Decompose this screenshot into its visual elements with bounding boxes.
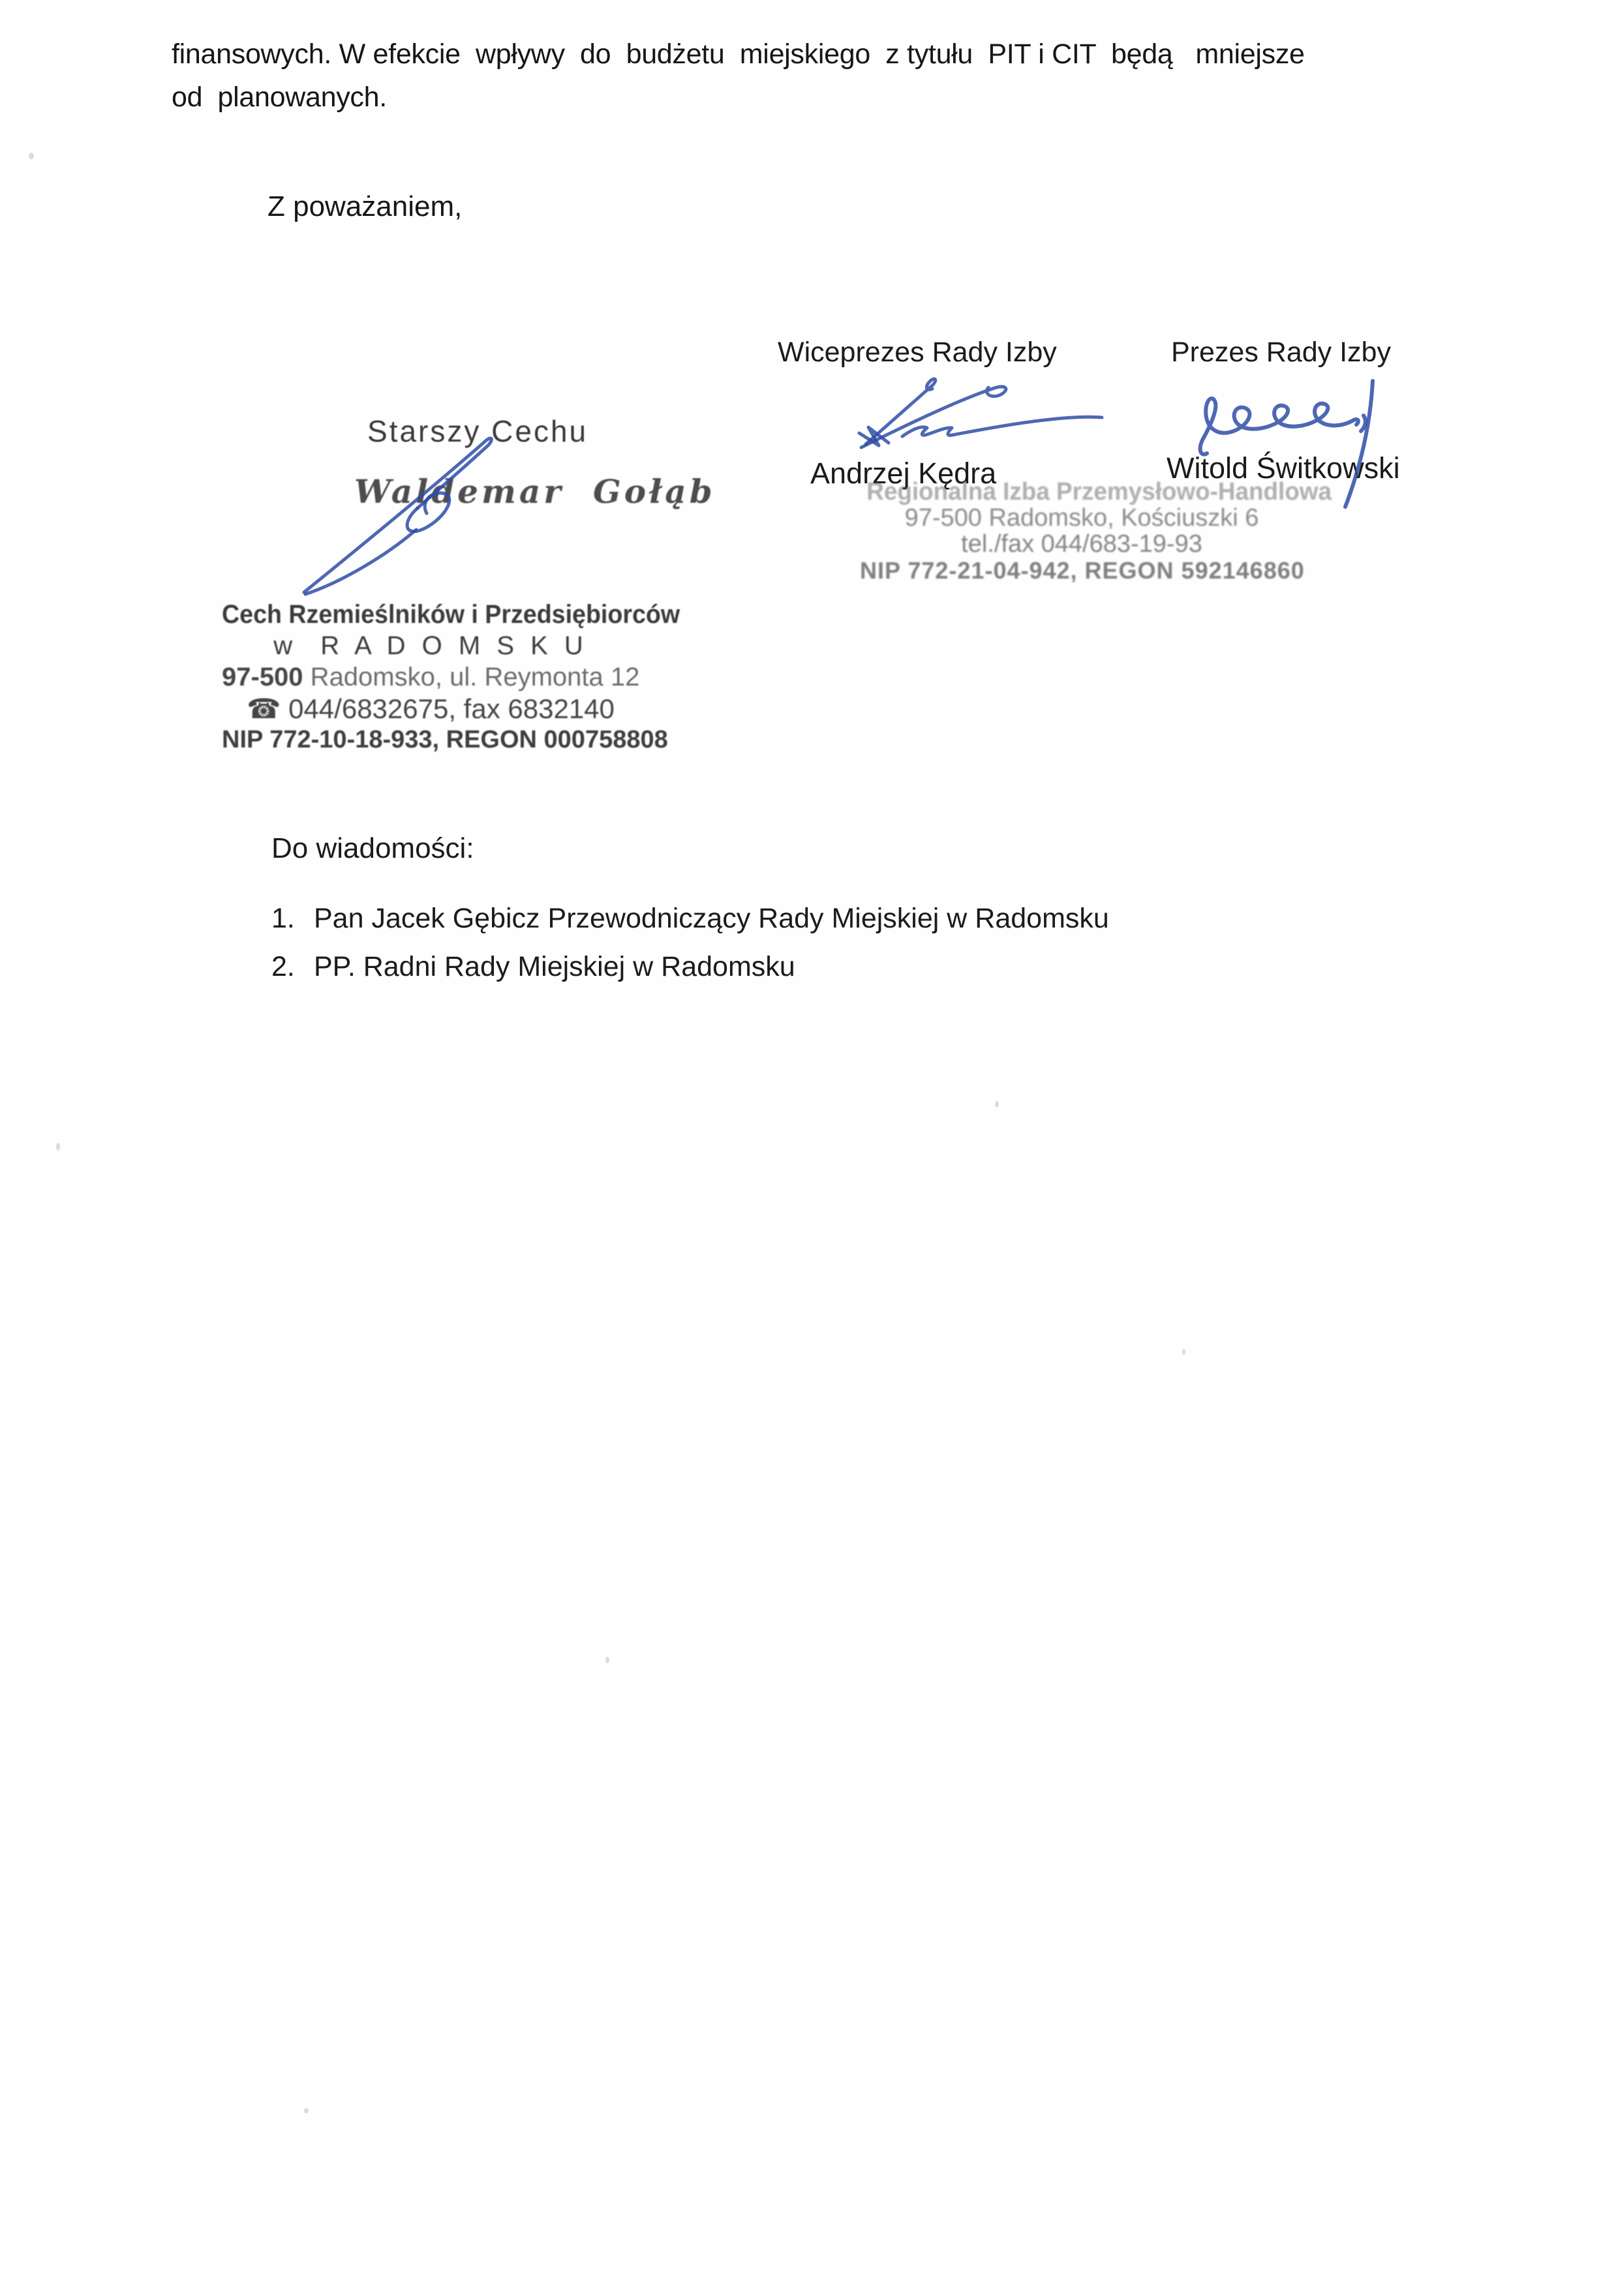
name-waldemar-golab: Waldemar Gołąb [354,472,716,511]
stamp-regionalna-izba: Regionalna Izba Przemysłowo-Handlowa 97-… [860,479,1304,584]
distribution-heading: Do wiadomości: [271,832,474,865]
stamp-cech-city: w R A D O M S K U [222,630,639,661]
body-paragraph: finansowych. W efekcie wpływy do budżetu… [172,33,1431,119]
scan-speck [29,153,34,159]
scan-speck [56,1143,60,1151]
stamp-cech-org-name: Cech Rzemieślników i Przedsiębiorców [222,599,615,630]
stamp-izba-nip-regon: NIP 772-21-04-942, REGON 592146860 [860,557,1304,584]
scan-speck [1182,1349,1185,1355]
scan-speck [995,1101,999,1108]
stamp-cech-phone-line: ☎ 044/6832675, fax 6832140 [222,693,639,725]
paragraph-line-2: od planowanych. [172,76,1431,119]
paragraph-line-1: finansowych. W efekcie wpływy do budżetu… [172,33,1431,76]
distribution-item-1-number: 1. [271,903,295,935]
distribution-item-2-text: PP. Radni Rady Miejskiej w Radomsku [314,951,795,983]
distribution-item-2-number: 2. [271,951,295,983]
stamp-izba-phone-line: tel./fax 044/683-19-93 [860,531,1304,557]
stamp-cech-nip-regon: NIP 772-10-18-933, REGON 000758808 [222,725,639,755]
distribution-item-1-text: Pan Jacek Gębicz Przewodniczący Rady Mie… [314,903,1109,935]
title-starszy-cechu: Starszy Cechu [367,414,588,449]
title-wiceprezes: Wiceprezes Rady Izby [778,337,1057,369]
stamp-izba-address: 97-500 Radomsko, Kościuszki 6 [860,505,1304,531]
stamp-cech-postcode: 97-500 [222,663,303,691]
scan-speck [304,2108,309,2113]
scan-speck [605,1657,609,1663]
stamp-cech-street: Radomsko, ul. Reymonta 12 [303,663,640,691]
signature-kedra-ink [859,379,1102,447]
stamp-izba-org-name: Regionalna Izba Przemysłowo-Handlowa [866,479,1297,505]
signature-golab-ink [304,438,491,594]
closing-salutation: Z poważaniem, [267,190,462,223]
scanned-letter-page: finansowych. W efekcie wpływy do budżetu… [0,0,1618,2296]
stamp-cech-address: 97-500 Radomsko, ul. Reymonta 12 [222,661,639,693]
stamp-cech-rzemieslnikow: Cech Rzemieślników i Przedsiębiorców w R… [222,599,639,755]
title-prezes: Prezes Rady Izby [1171,337,1391,369]
